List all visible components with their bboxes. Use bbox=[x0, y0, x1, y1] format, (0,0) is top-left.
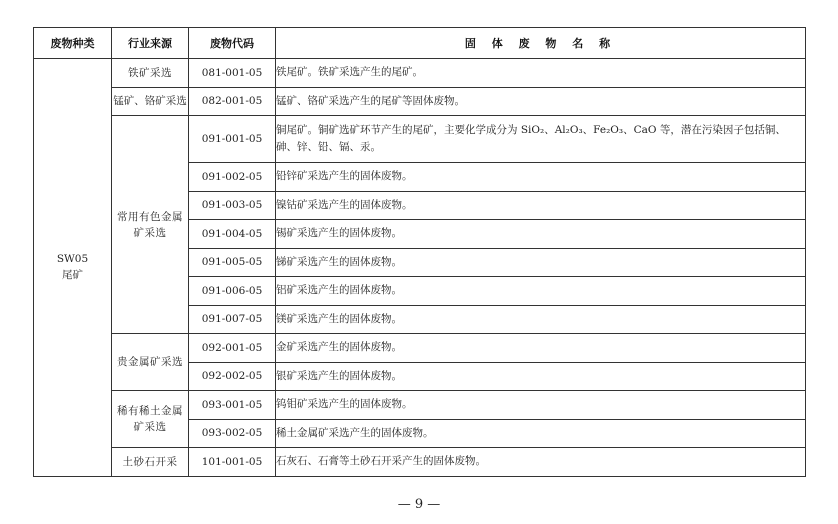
code-cell: 091-002-05 bbox=[189, 163, 276, 192]
code-cell: 091-006-05 bbox=[189, 277, 276, 306]
industry-cell: 贵金属矿采选 bbox=[112, 334, 189, 391]
code-cell: 082-001-05 bbox=[189, 87, 276, 116]
code-cell: 092-002-05 bbox=[189, 362, 276, 391]
code-cell: 091-005-05 bbox=[189, 248, 276, 277]
page-number: — 9 — bbox=[0, 497, 838, 512]
waste-category-cell: SW05 尾矿 bbox=[34, 59, 112, 477]
table-row: 稀有稀土金属 矿采选 093-001-05 钨钼矿采选产生的固体废物。 bbox=[34, 391, 806, 420]
industry-cell: 铁矿采选 bbox=[112, 59, 189, 88]
table-row: 贵金属矿采选 092-001-05 金矿采选产生的固体废物。 bbox=[34, 334, 806, 363]
category-code: SW05 bbox=[34, 251, 111, 267]
code-cell: 081-001-05 bbox=[189, 59, 276, 88]
industry-line2: 矿采选 bbox=[112, 225, 188, 241]
desc-cell: 锰矿、铬矿采选产生的尾矿等固体废物。 bbox=[276, 87, 806, 116]
header-category: 废物种类 bbox=[34, 28, 112, 59]
desc-cell: 金矿采选产生的固体废物。 bbox=[276, 334, 806, 363]
category-name: 尾矿 bbox=[34, 267, 111, 283]
industry-cell: 锰矿、铬矿采选 bbox=[112, 87, 189, 116]
industry-cell: 土砂石开采 bbox=[112, 448, 189, 477]
table-row: 锰矿、铬矿采选 082-001-05 锰矿、铬矿采选产生的尾矿等固体废物。 bbox=[34, 87, 806, 116]
header-industry: 行业来源 bbox=[112, 28, 189, 59]
code-cell: 093-001-05 bbox=[189, 391, 276, 420]
desc-cell: 银矿采选产生的固体废物。 bbox=[276, 362, 806, 391]
desc-cell: 锑矿采选产生的固体废物。 bbox=[276, 248, 806, 277]
code-cell: 093-002-05 bbox=[189, 419, 276, 448]
industry-cell: 稀有稀土金属 矿采选 bbox=[112, 391, 189, 448]
desc-cell: 铝矿采选产生的固体废物。 bbox=[276, 277, 806, 306]
code-cell: 092-001-05 bbox=[189, 334, 276, 363]
industry-cell: 常用有色金属 矿采选 bbox=[112, 116, 189, 334]
desc-cell: 铅锌矿采选产生的固体废物。 bbox=[276, 163, 806, 192]
desc-cell: 铁尾矿。铁矿采选产生的尾矿。 bbox=[276, 59, 806, 88]
header-code: 废物代码 bbox=[189, 28, 276, 59]
code-cell: 091-007-05 bbox=[189, 305, 276, 334]
desc-cell: 镁矿采选产生的固体废物。 bbox=[276, 305, 806, 334]
desc-cell: 钨钼矿采选产生的固体废物。 bbox=[276, 391, 806, 420]
code-cell: 091-001-05 bbox=[189, 116, 276, 163]
header-name: 固 体 废 物 名 称 bbox=[276, 28, 806, 59]
desc-cell: 稀土金属矿采选产生的固体废物。 bbox=[276, 419, 806, 448]
code-cell: 091-003-05 bbox=[189, 191, 276, 220]
desc-cell: 锡矿采选产生的固体废物。 bbox=[276, 220, 806, 249]
code-cell: 091-004-05 bbox=[189, 220, 276, 249]
code-cell: 101-001-05 bbox=[189, 448, 276, 477]
desc-cell: 铜尾矿。铜矿选矿环节产生的尾矿，主要化学成分为 SiO₂、Al₂O₃、Fe₂O₃… bbox=[276, 116, 806, 163]
industry-line1: 常用有色金属 bbox=[112, 209, 188, 225]
table-row: 常用有色金属 矿采选 091-001-05 铜尾矿。铜矿选矿环节产生的尾矿，主要… bbox=[34, 116, 806, 163]
solid-waste-table: 废物种类 行业来源 废物代码 固 体 废 物 名 称 SW05 尾矿 铁矿采选 … bbox=[33, 27, 806, 477]
table-row: 土砂石开采 101-001-05 石灰石、石膏等土砂石开采产生的固体废物。 bbox=[34, 448, 806, 477]
desc-cell: 镍钴矿采选产生的固体废物。 bbox=[276, 191, 806, 220]
table-row: SW05 尾矿 铁矿采选 081-001-05 铁尾矿。铁矿采选产生的尾矿。 bbox=[34, 59, 806, 88]
industry-line1: 稀有稀土金属 bbox=[112, 403, 188, 419]
desc-cell: 石灰石、石膏等土砂石开采产生的固体废物。 bbox=[276, 448, 806, 477]
industry-line2: 矿采选 bbox=[112, 419, 188, 435]
table-header-row: 废物种类 行业来源 废物代码 固 体 废 物 名 称 bbox=[34, 28, 806, 59]
